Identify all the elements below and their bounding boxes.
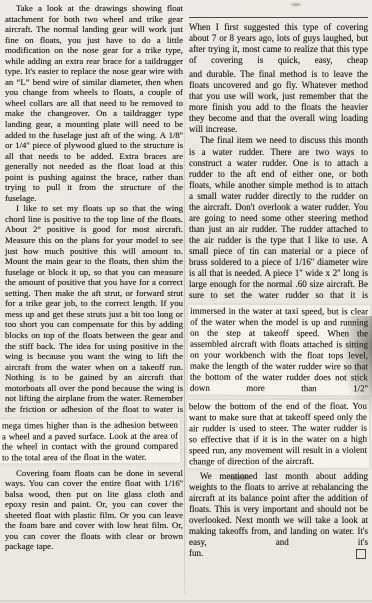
article-closing-line: fun. [189,548,368,559]
closing-word: fun. [189,548,203,559]
ink-smudge-artifact [229,475,249,480]
pasted-strip-paragraph: mega times higher than is the adhesion b… [0,419,180,464]
section-divider-rule [189,17,368,18]
left-column: Take a look at the drawings showing floa… [5,3,183,552]
ink-smudge-artifact [291,3,301,6]
article-paragraph: The final item we need to discuss this m… [189,135,368,301]
page-bottom-edge [0,600,372,602]
pasted-strip-paragraph: immersed in the water at taxi speed, but… [188,305,370,396]
column-divider [184,55,185,595]
article-paragraph: Take a look at the drawings showing floa… [5,3,183,203]
scanned-article-page: Take a look at the drawings showing floa… [0,0,372,603]
pasted-strip-paragraph: below the bottom of the end of the float… [187,399,369,468]
end-of-article-square-icon [356,549,366,559]
article-paragraph: Covering foam floats can be done in seve… [5,468,183,552]
article-paragraph: I like to set my floats up so that the w… [5,203,183,414]
article-paragraph: We mentioned last month about adding wei… [189,471,368,548]
article-paragraph: When I first suggested this type of cove… [189,22,368,66]
article-paragraph: and durable. The final method is to leav… [189,69,368,135]
right-column: When I first suggested this type of cove… [189,0,368,559]
